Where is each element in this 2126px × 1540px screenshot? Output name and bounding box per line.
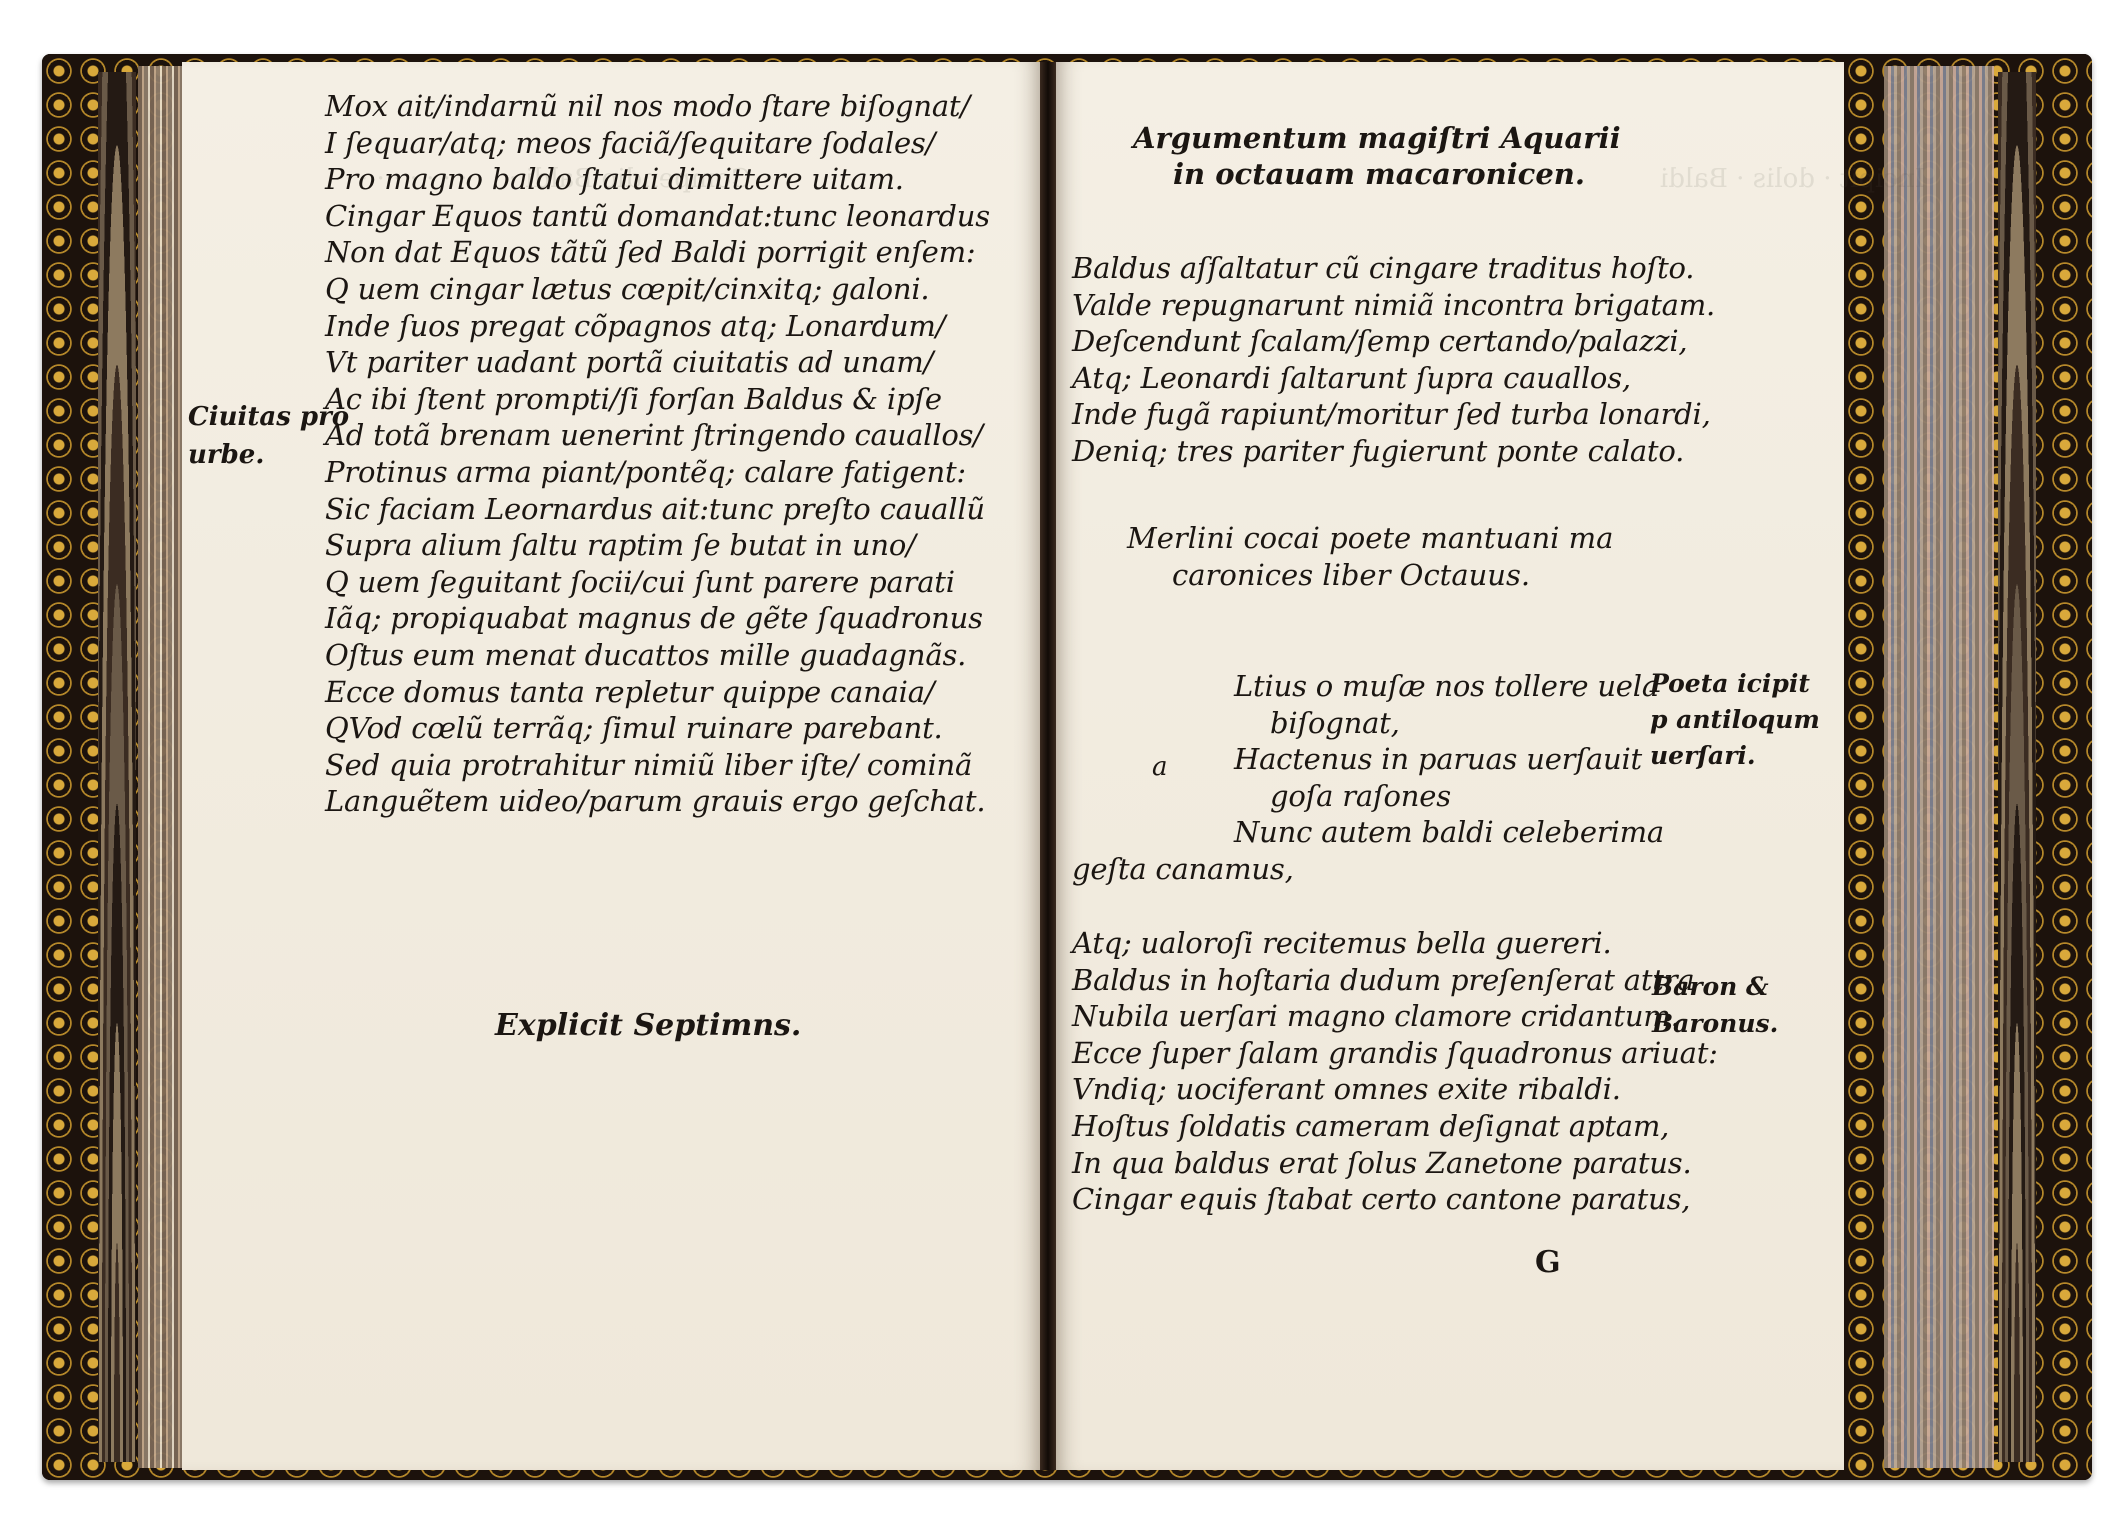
text-line: Cingar equis ſtabat certo cantone paratu… bbox=[1072, 1181, 1718, 1218]
text-line: Atq; ualoroſi recitemus bella guereri. bbox=[1072, 925, 1718, 962]
text-line: Baldus aſſaltatur cũ cingare traditus ho… bbox=[1072, 250, 1715, 287]
margin-note-line: uerſari. bbox=[1650, 738, 1820, 774]
text-line: Q uem cingar lætus cœpit/cinxitq; galoni… bbox=[325, 271, 990, 308]
text-line: Ad totã brenam uenerint ſtringendo caual… bbox=[325, 417, 990, 454]
text-line: Sed quia protrahitur nimiũ liber iſte/ c… bbox=[325, 747, 990, 784]
text-line: Non dat Equos tãtũ ſed Baldi porrigit en… bbox=[325, 234, 990, 271]
text-line: Nubila uerſari magno clamore cridantum. bbox=[1072, 998, 1718, 1035]
book-title: Merlini cocai poete mantuani ma caronice… bbox=[1127, 520, 1613, 594]
book-gutter bbox=[1040, 62, 1056, 1470]
text-line: goſa raſones bbox=[1072, 778, 1664, 815]
page-edges-right bbox=[1884, 66, 1994, 1468]
text-line: Mox ait/indarnũ nil nos modo ſtare biſog… bbox=[325, 88, 990, 125]
text-line: Ecce domus tanta repletur quippe canaia/ bbox=[325, 674, 990, 711]
text-line: Inde fugã rapiunt/moritur ſed turba lona… bbox=[1072, 396, 1715, 433]
text-line: Baldus in hoſtaria dudum preſenſerat att… bbox=[1072, 962, 1718, 999]
margin-note-line: Baron & bbox=[1652, 968, 1778, 1005]
text-line: Vndiq; uociferant omnes exite ribaldi. bbox=[1072, 1071, 1718, 1108]
margin-note-line: Poeta icipit bbox=[1650, 666, 1820, 702]
right-margin-note: Poeta icipit p antiloqum uerſari. bbox=[1650, 666, 1820, 774]
text-line: biſognat, bbox=[1072, 705, 1664, 742]
heading-line: Argumentum magiſtri Aquarii bbox=[1133, 120, 1621, 156]
text-line: Q uem ſeguitant ſocii/cui ſunt parere pa… bbox=[325, 564, 990, 601]
text-line: Hoſtus ſoldatis cameram deſignat aptam, bbox=[1072, 1108, 1718, 1145]
argument-heading: Argumentum magiſtri Aquarii in octauam m… bbox=[1133, 120, 1621, 192]
text-line: Iãq; propiquabat magnus de gẽte ſquadron… bbox=[325, 600, 990, 637]
margin-note-line: p antiloqum bbox=[1650, 702, 1820, 738]
title-line: Merlini cocai poete mantuani ma bbox=[1127, 520, 1613, 557]
text-line: Ecce ſuper ſalam grandis ſquadronus ariu… bbox=[1072, 1035, 1718, 1072]
marbled-endpaper-right bbox=[1998, 72, 2036, 1462]
text-line: Vt pariter uadant portã ciuitatis ad una… bbox=[325, 344, 990, 381]
margin-note-line: Baronus. bbox=[1652, 1005, 1778, 1042]
left-page-body: Mox ait/indarnũ nil nos modo ſtare biſog… bbox=[325, 88, 990, 820]
explicit-colophon: Explicit Septimns. bbox=[495, 1008, 801, 1043]
margin-note-line: urbe. bbox=[188, 436, 349, 474]
title-line: caronices liber Octauus. bbox=[1127, 557, 1613, 594]
text-line: geſta canamus, bbox=[1072, 851, 1664, 888]
text-line: Hactenus in paruas uerſauit bbox=[1072, 741, 1664, 778]
text-line: QVod cœlũ terrãq; ſimul ruinare parebant… bbox=[325, 710, 990, 747]
text-line: Deſcendunt ſcalam/ſemp certando/palazzi, bbox=[1072, 323, 1715, 360]
text-line: Atq; Leonardi ſaltarunt ſupra cauallos, bbox=[1072, 360, 1715, 397]
text-line: Ac ibi ſtent prompti/ſi forſan Baldus & … bbox=[325, 381, 990, 418]
margin-note-line: Ciuitas pro bbox=[188, 398, 349, 436]
text-line: Supra alium ſaltu raptim ſe butat in uno… bbox=[325, 527, 990, 564]
show-through-text: Incipit · dolis · Baldi bbox=[1660, 160, 1925, 198]
text-line: Ltius o muſæ nos tollere uela bbox=[1072, 668, 1664, 705]
text-line: Nunc autem baldi celeberima bbox=[1072, 814, 1664, 851]
signature-mark: G bbox=[1535, 1245, 1561, 1280]
text-line: Sic faciam Leornardus ait:tunc preſto ca… bbox=[325, 491, 990, 528]
text-line: Languẽtem uideo/parum grauis ergo geſcha… bbox=[325, 783, 990, 820]
text-line: Protinus arma piant/pontẽq; calare fatig… bbox=[325, 454, 990, 491]
right-margin-note: Baron & Baronus. bbox=[1652, 968, 1778, 1042]
text-line: Oſtus eum menat ducattos mille guadagnãs… bbox=[325, 637, 990, 674]
text-line: Cingar Equos tantũ domandat:tunc leonard… bbox=[325, 198, 990, 235]
text-line: I ſequar/atq; meos faciã/ſequitare ſodal… bbox=[325, 125, 990, 162]
left-margin-note: Ciuitas pro urbe. bbox=[188, 398, 349, 474]
text-line: Valde repugnarunt nimiã incontra brigata… bbox=[1072, 287, 1715, 324]
marbled-endpaper-left bbox=[98, 72, 136, 1462]
text-line: Inde ſuos pregat cõpagnos atq; Lonardum/ bbox=[325, 308, 990, 345]
argument-text: Baldus aſſaltatur cũ cingare traditus ho… bbox=[1072, 250, 1715, 470]
text-line: Deniq; tres pariter fugierunt ponte cala… bbox=[1072, 433, 1715, 470]
text-line: Pro magno baldo ſtatui dimittere uitam. bbox=[325, 161, 990, 198]
opening-verse: Ltius o muſæ nos tollere uela biſognat, … bbox=[1072, 668, 1664, 888]
text-line: In qua baldus erat ſolus Zanetone paratu… bbox=[1072, 1145, 1718, 1182]
heading-line: in octauam macaronicen. bbox=[1133, 156, 1621, 192]
right-page-body: Atq; ualoroſi recitemus bella guereri. B… bbox=[1072, 925, 1718, 1218]
